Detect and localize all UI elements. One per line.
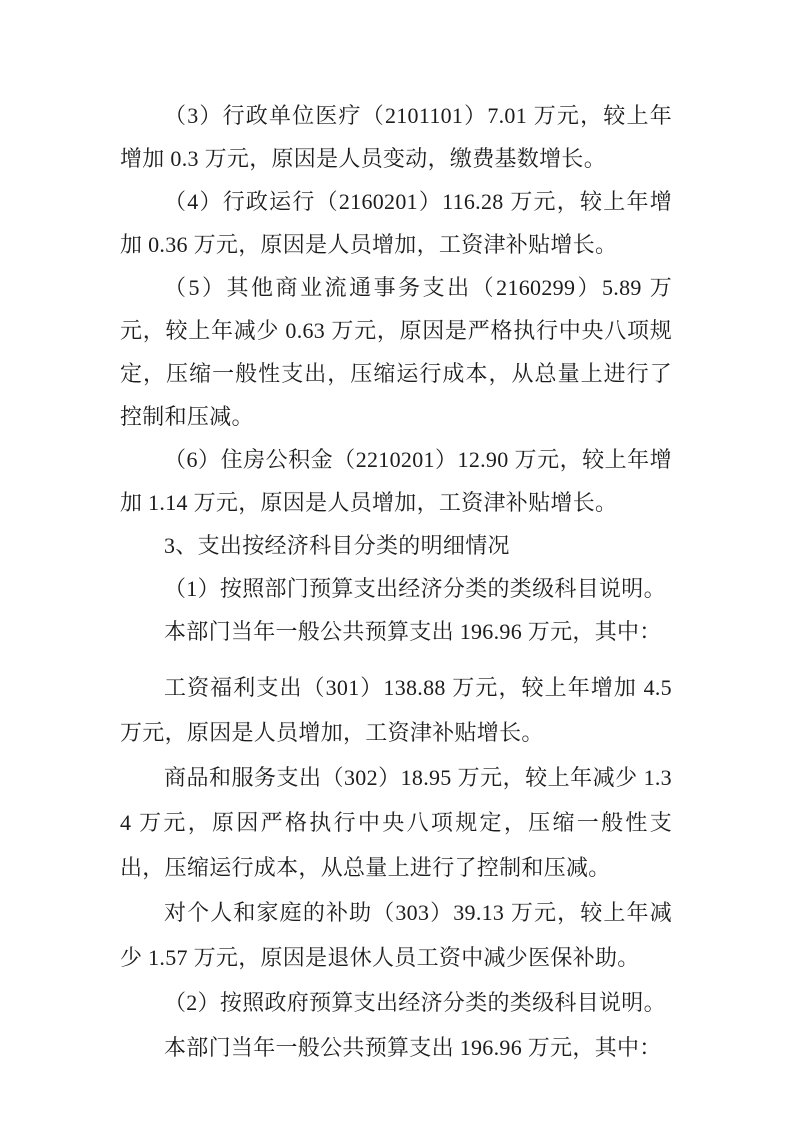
document-page: （3）行政单位医疗（2101101）7.01 万元，较上年增加 0.3 万元，原… <box>0 0 793 1122</box>
para-admin-operation-2160201: （4）行政运行（2160201）116.28 万元，较上年增加 0.36 万元，… <box>120 180 672 266</box>
para-other-commerce-expense-2160299: （5）其他商业流通事务支出（2160299）5.89 万元，较上年减少 0.63… <box>120 266 672 438</box>
para-total-public-budget-expenditure-1: 本部门当年一般公共预算支出 196.96 万元，其中： <box>120 610 672 653</box>
para-total-public-budget-expenditure-2: 本部门当年一般公共预算支出 196.96 万元，其中： <box>120 1025 672 1070</box>
para-gov-budget-classification-note: （2）按照政府预算支出经济分类的类级科目说明。 <box>120 980 672 1025</box>
para-admin-unit-medical-2101101: （3）行政单位医疗（2101101）7.01 万元，较上年增加 0.3 万元，原… <box>120 94 672 180</box>
para-salary-welfare-301: 工资福利支出（301）138.88 万元，较上年增加 4.5 万元，原因是人员增… <box>120 665 672 755</box>
para-dept-budget-classification-note: （1）按照部门预算支出经济分类的类级科目说明。 <box>120 567 672 610</box>
para-housing-fund-2210201: （6）住房公积金（2210201）12.90 万元，较上年增加 1.14 万元，… <box>120 438 672 524</box>
para-individual-family-subsidy-303: 对个人和家庭的补助（303）39.13 万元，较上年减少 1.57 万元，原因是… <box>120 890 672 980</box>
heading-expense-economic-classification: 3、支出按经济科目分类的明细情况 <box>120 524 672 567</box>
para-goods-services-302: 商品和服务支出（302）18.95 万元，较上年减少 1.34 万元，原因严格执… <box>120 755 672 890</box>
